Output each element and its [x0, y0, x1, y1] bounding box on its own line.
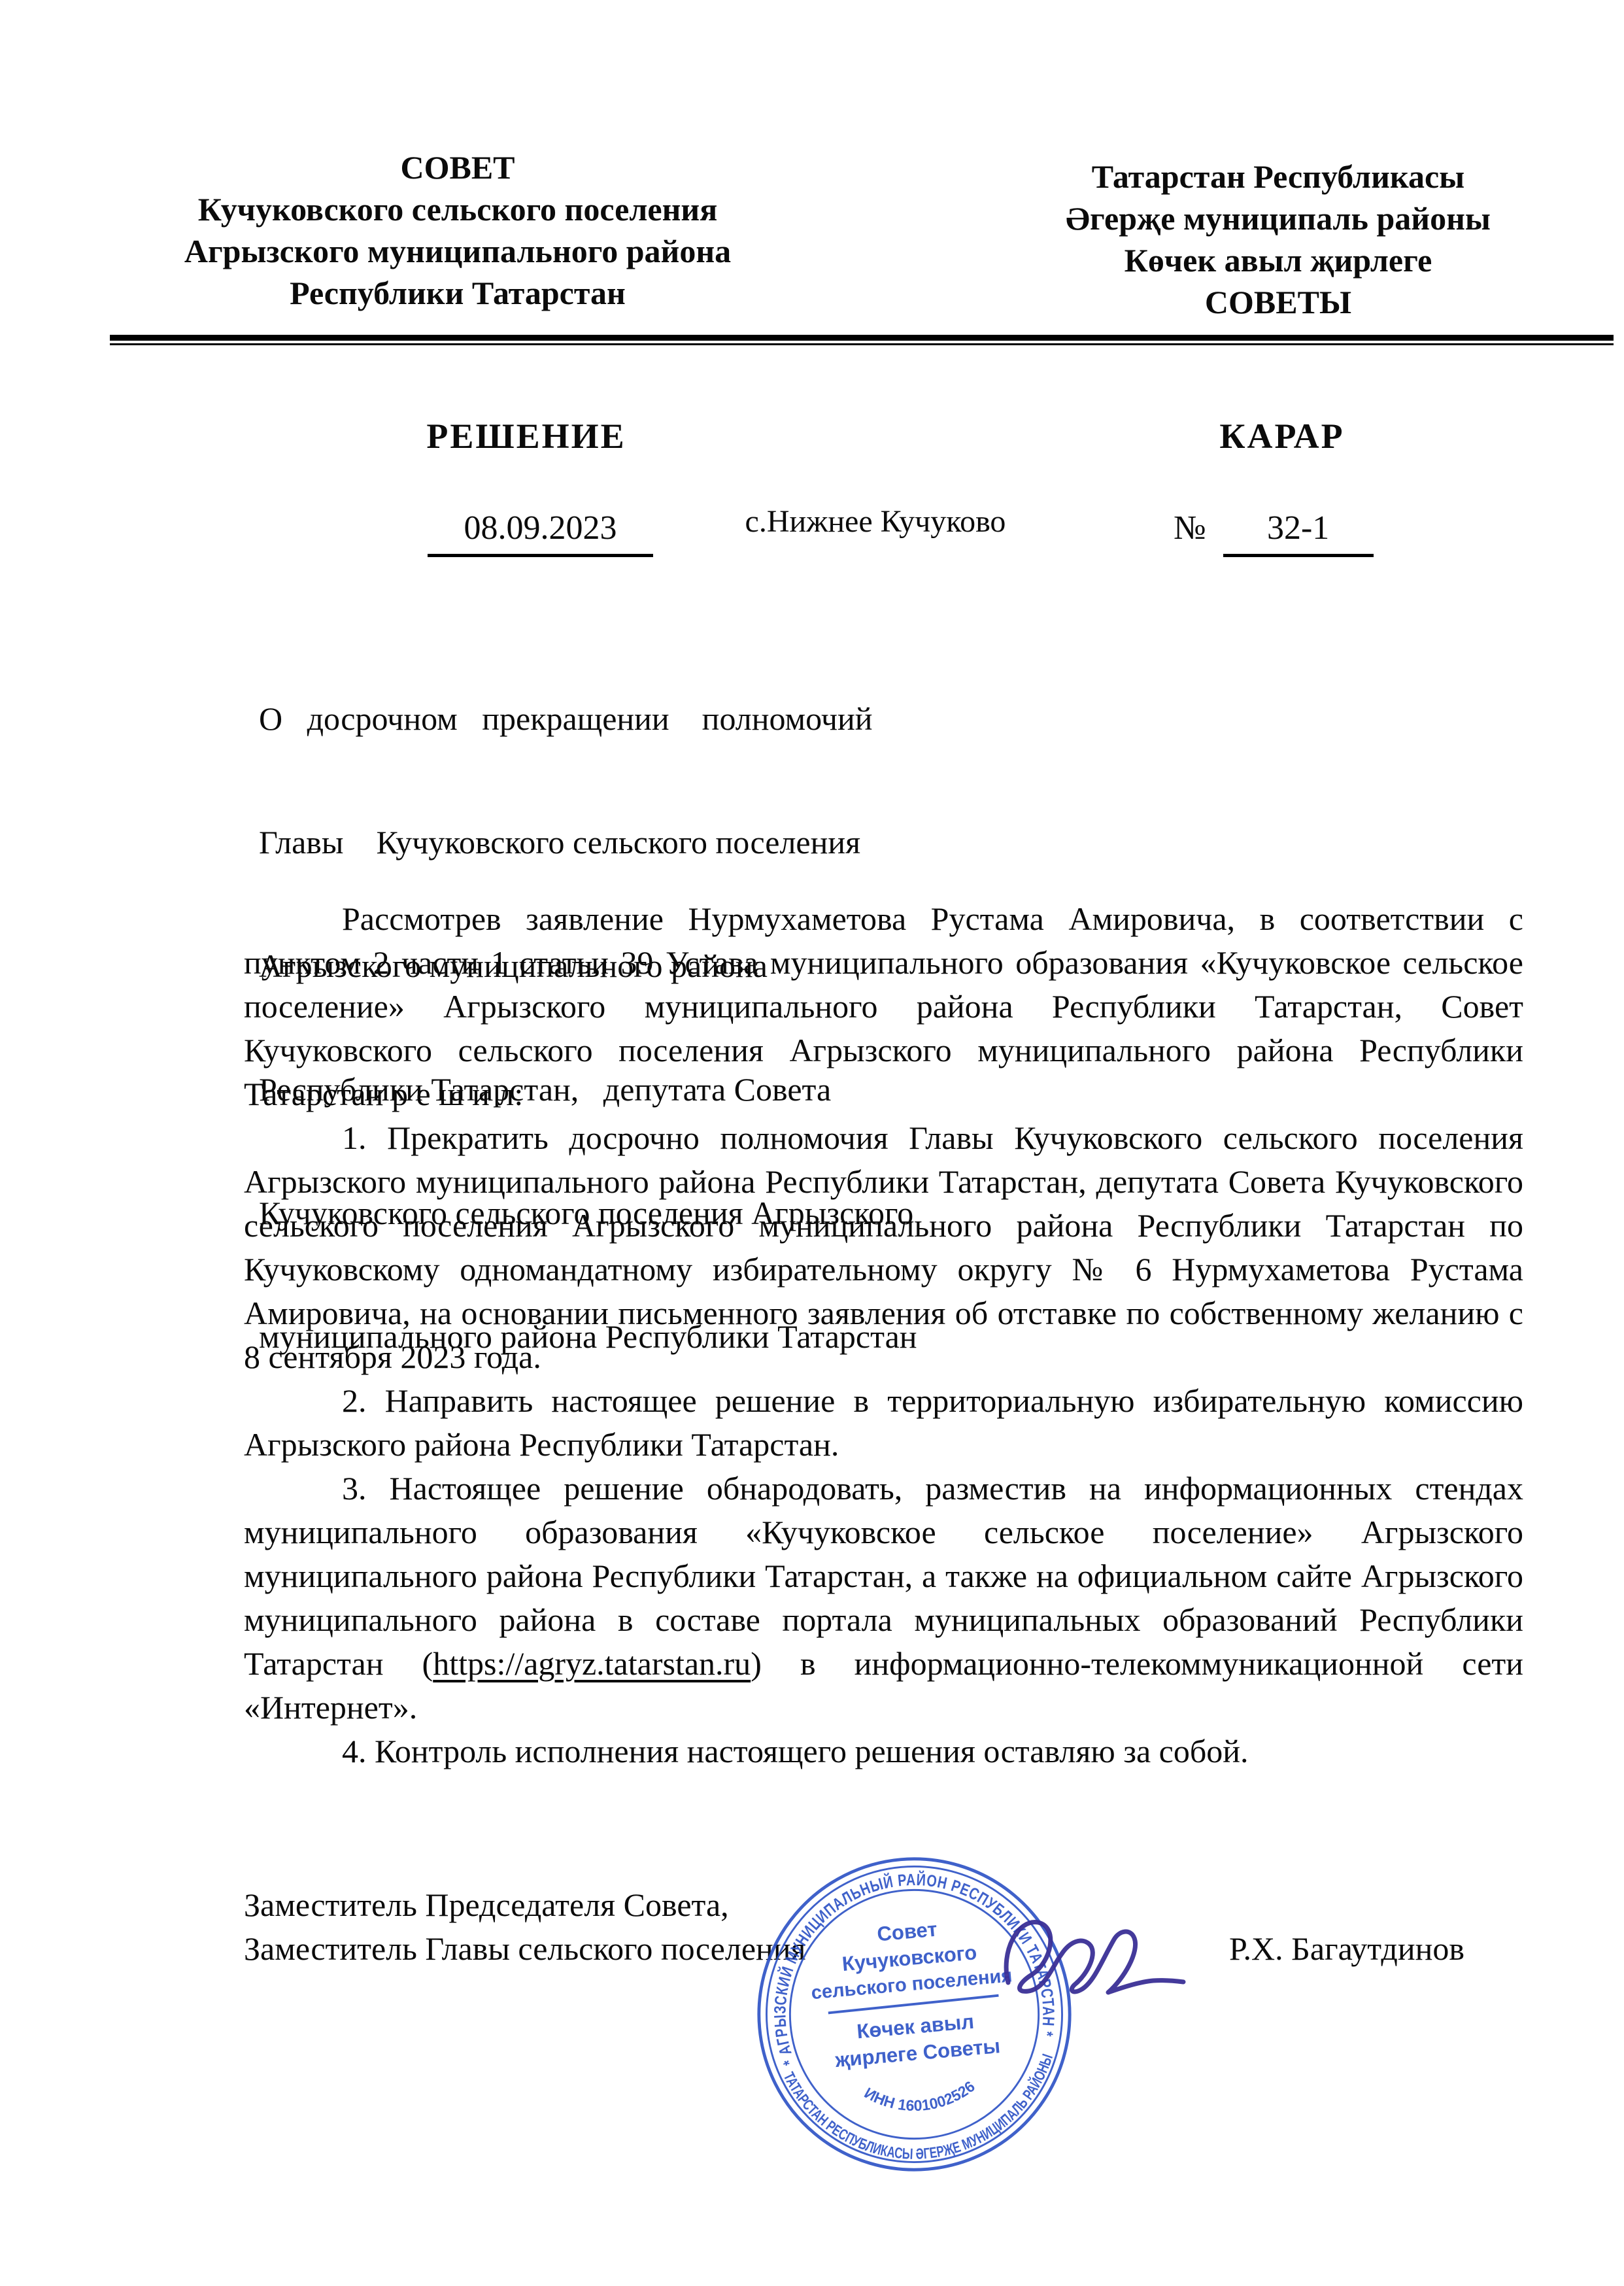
intro-paragraph: Рассмотрев заявление Нурмухаметова Руста…	[244, 897, 1523, 1116]
item-1-paragraph: 1. Прекратить досрочно полномочия Главы …	[244, 1116, 1523, 1379]
letterhead-tatar: Татарстан Республикасы Әгерҗе муниципаль…	[1013, 156, 1543, 323]
letterhead-line: Кучуковского сельского поселения	[118, 188, 798, 230]
signatory-post-line-1: Заместитель Председателя Совета,	[244, 1883, 806, 1927]
letterhead-divider-rule	[110, 335, 1614, 345]
subject-line: Главы Кучуковского сельского поселения	[259, 822, 917, 863]
doc-place: с.Нижнее Кучуково	[722, 503, 1029, 539]
signatory-post-block: Заместитель Председателя Совета, Замести…	[244, 1883, 806, 1971]
stamp-inn-text: ИНН 1601002526	[860, 2075, 979, 2119]
letterhead-line: СОВЕТ	[118, 146, 798, 188]
subject-line: О досрочном прекращении полномочий	[259, 698, 917, 740]
handwritten-signature	[989, 1904, 1191, 2019]
signatory-post-line-2: Заместитель Главы сельского поселения	[244, 1927, 806, 1971]
doc-number-value: 32-1	[1223, 509, 1374, 557]
doc-date: 08.09.2023	[428, 509, 653, 557]
item-3-paragraph: 3. Настоящее решение обнародовать, разме…	[244, 1467, 1523, 1730]
item-2-paragraph: 2. Направить настоящее решение в террито…	[244, 1379, 1523, 1467]
body-text: Рассмотрев заявление Нурмухаметова Руста…	[244, 897, 1523, 1773]
signatory-name: Р.Х. Багаутдинов	[1229, 1927, 1464, 1971]
doc-type-title-tatar: КАРАР	[1158, 416, 1406, 456]
doc-type-title-russian: РЕШЕНИЕ	[402, 416, 651, 456]
signature-stroke	[1006, 1922, 1183, 1992]
doc-number-label: №	[1174, 509, 1206, 547]
doc-number-row: № 32-1	[1174, 509, 1374, 557]
letterhead-line: Агрызского муниципального района	[118, 230, 798, 272]
letterhead-line: Татарстан Республикасы	[1013, 156, 1543, 197]
letterhead-line: Республики Татарстан	[118, 272, 798, 314]
letterhead-line: Көчек авыл җирлеге	[1013, 239, 1543, 281]
portal-link: https://agryz.tatarstan.ru	[433, 1645, 751, 1682]
letterhead-russian: СОВЕТ Кучуковского сельского поселения А…	[118, 146, 798, 314]
stamp-center-line-1: Совет	[876, 1918, 938, 1946]
svg-text:ИНН 1601002526: ИНН 1601002526	[860, 2075, 979, 2119]
item-4-paragraph: 4. Контроль исполнения настоящего решени…	[244, 1730, 1523, 1773]
letterhead-line: СОВЕТЫ	[1013, 281, 1543, 323]
scanned-document-page: СОВЕТ Кучуковского сельского поселения А…	[0, 0, 1624, 2286]
letterhead-line: Әгерҗе муниципаль районы	[1013, 197, 1543, 239]
